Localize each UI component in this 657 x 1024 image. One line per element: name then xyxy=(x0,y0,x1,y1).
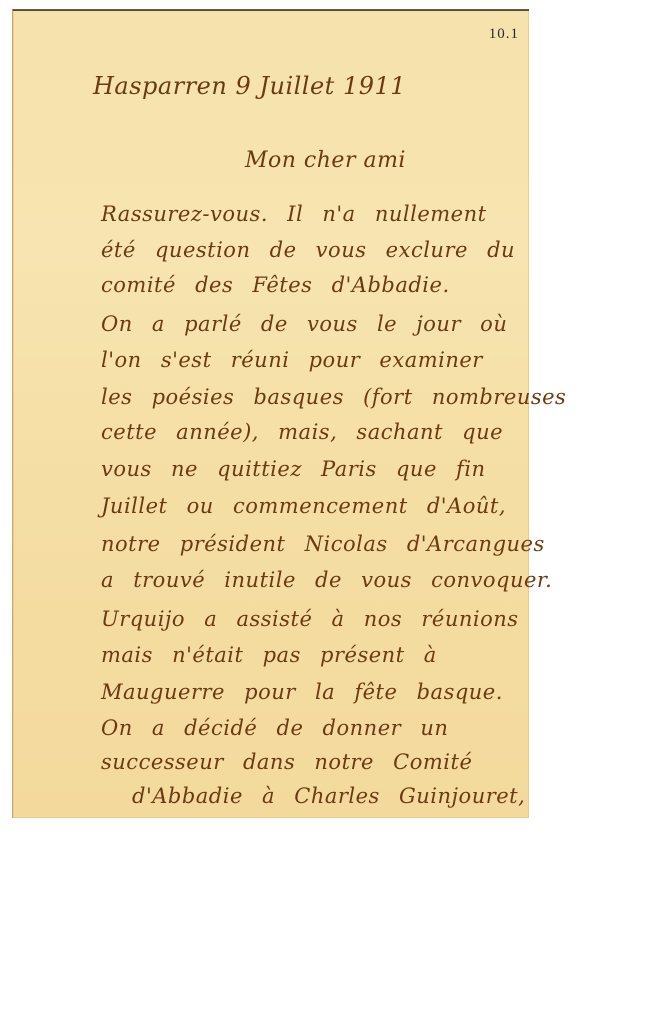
letter-line: notre président Nicolas d'Arcangues xyxy=(101,532,545,556)
letter-line: On a parlé de vous le jour où xyxy=(101,312,507,336)
letter-line: Juillet ou commencement d'Août, xyxy=(101,494,506,518)
letter-line: mais n'était pas présent à xyxy=(101,643,437,667)
letter-line: On a décidé de donner un xyxy=(101,716,448,740)
letter-line: a trouvé inutile de vous convoquer. xyxy=(101,568,552,592)
page-number: 10.1 xyxy=(489,26,519,43)
letter-line: successeur dans notre Comité xyxy=(101,750,472,774)
letter-line: Rassurez-vous. Il n'a nullement xyxy=(101,202,487,226)
letter-page: 10.1 Hasparren 9 Juillet 1911 Mon cher a… xyxy=(12,9,529,818)
salutation: Mon cher ami xyxy=(245,148,406,173)
letter-line: comité des Fêtes d'Abbadie. xyxy=(101,273,450,297)
letter-line: vous ne quittiez Paris que fin xyxy=(101,457,486,481)
letter-line: l'on s'est réuni pour examiner xyxy=(101,348,483,372)
letter-line: été question de vous exclure du xyxy=(101,238,515,262)
letter-line: Mauguerre pour la fête basque. xyxy=(101,680,503,704)
letter-line: les poésies basques (fort nombreuses xyxy=(101,385,566,409)
letter-line: cette année), mais, sachant que xyxy=(101,420,503,444)
date-line: Hasparren 9 Juillet 1911 xyxy=(93,72,406,100)
letter-line: Urquijo a assisté à nos réunions xyxy=(101,607,519,631)
